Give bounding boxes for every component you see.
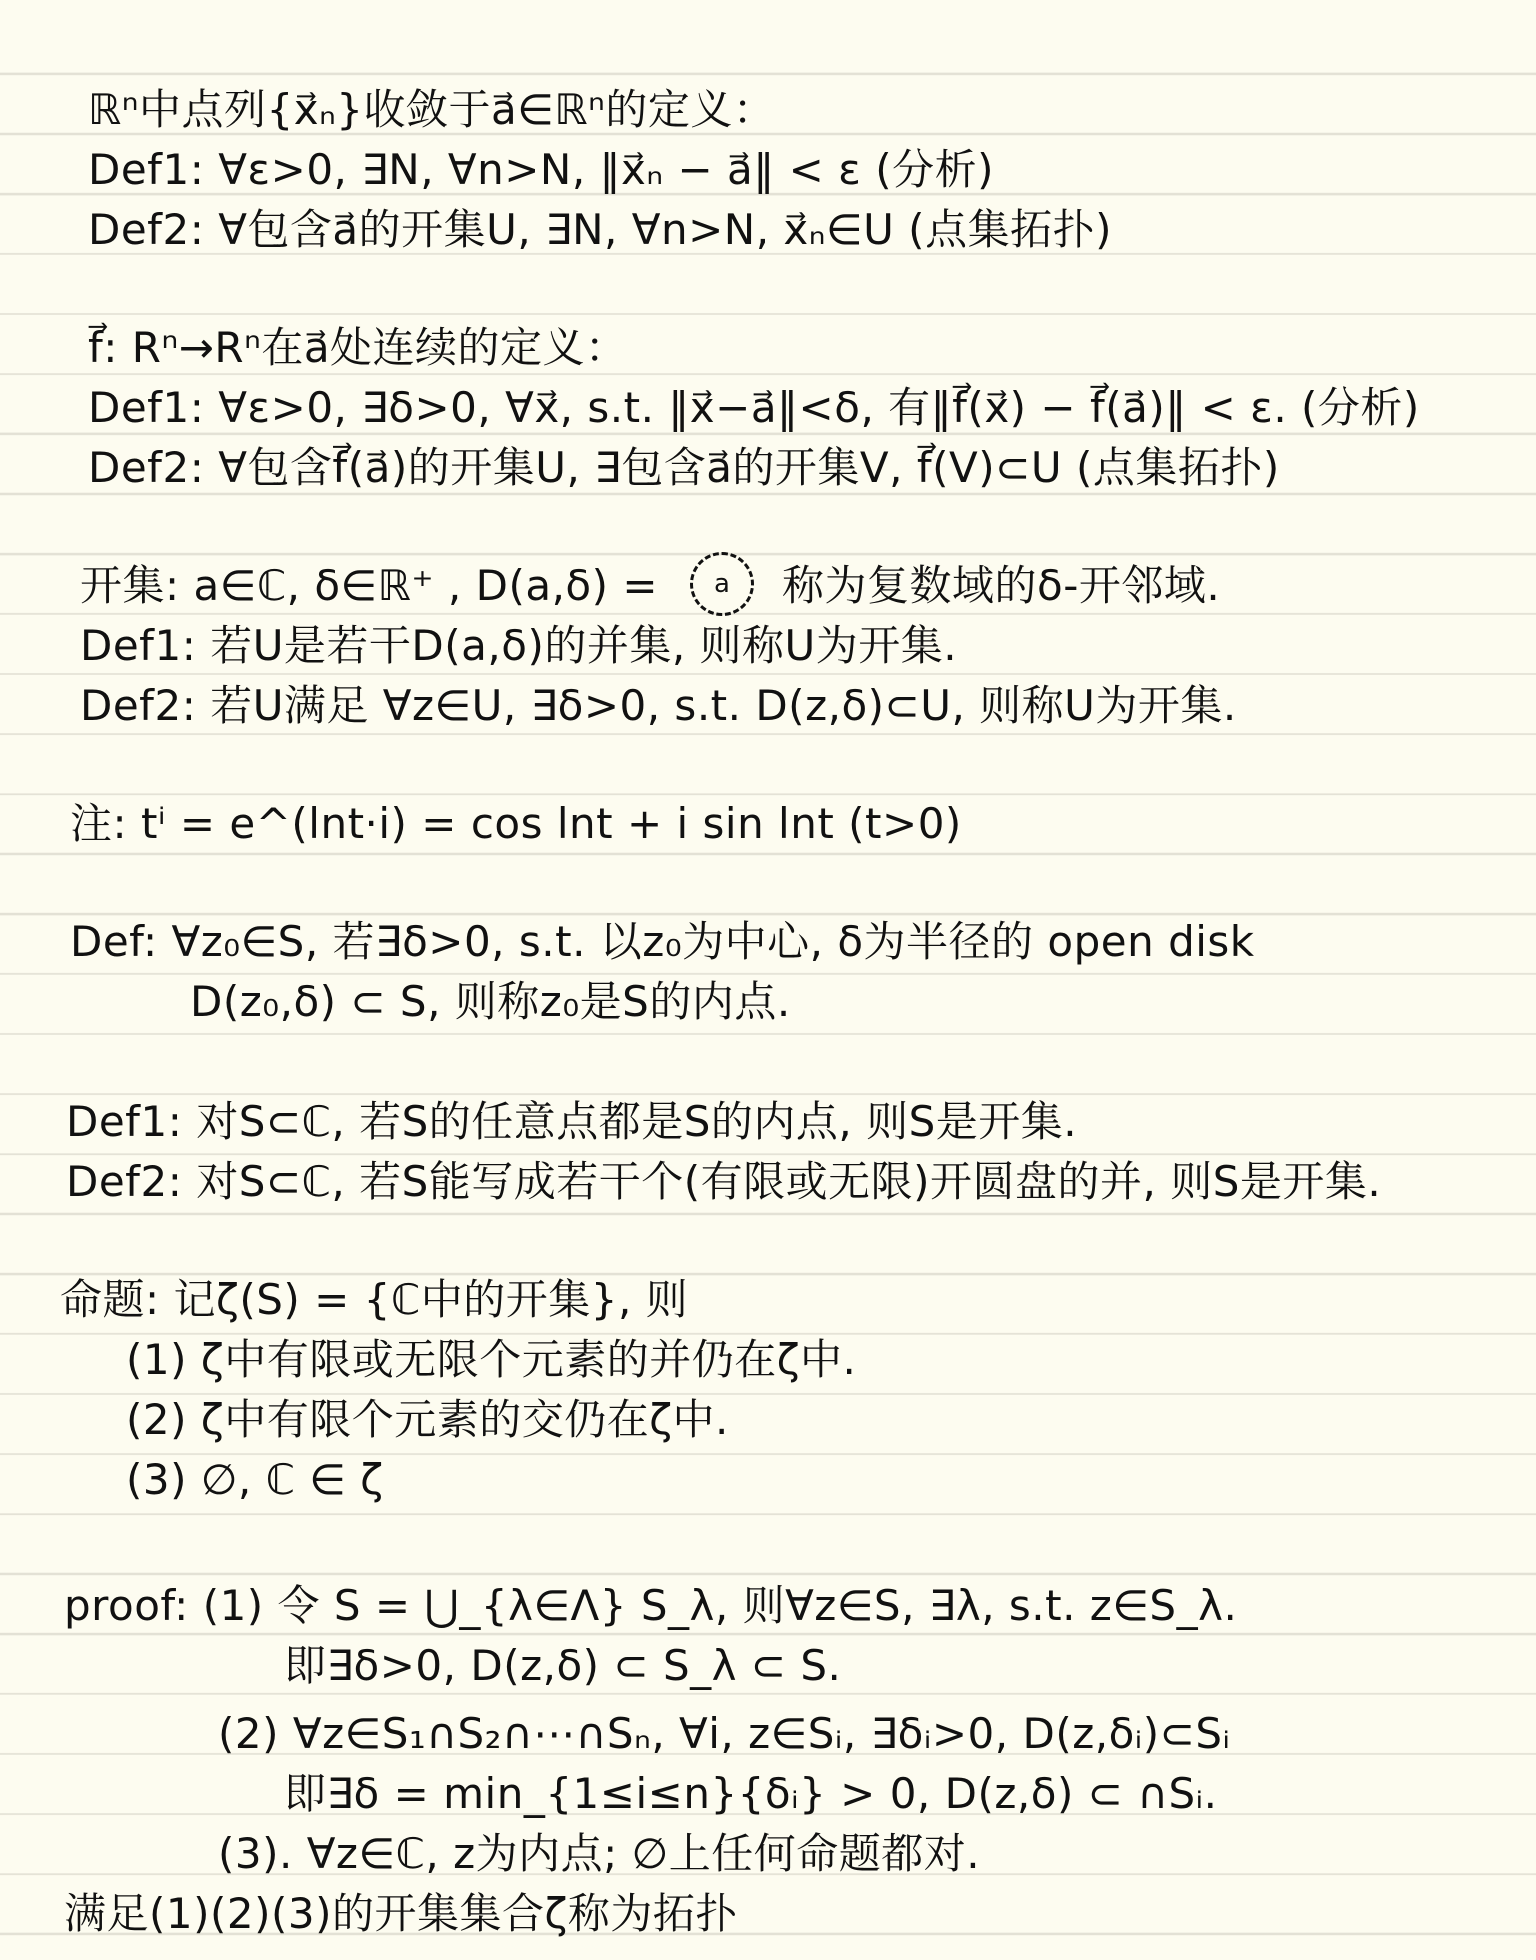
open-set-neighborhood-def: 开集: a∈ℂ, δ∈ℝ⁺ , D(a,δ) = <box>80 556 658 616</box>
proof-part2-line2: 即∃δ = min_{1≤i≤n}{δᵢ} > 0, D(z,δ) ⊂ ∩Sᵢ. <box>284 1764 1217 1824</box>
complex-open-set-def1: Def1: 对S⊂ℂ, 若S的任意点都是S的内点, 则S是开集. <box>66 1092 1077 1152</box>
sequence-convergence-title: ℝⁿ中点列{x⃗ₙ}收敛于a⃗∈ℝⁿ的定义： <box>88 80 775 140</box>
proof-part1-line2: 即∃δ>0, D(z,δ) ⊂ S_λ ⊂ S. <box>284 1636 841 1696</box>
interior-point-def-line2: D(z₀,δ) ⊂ S, 则称z₀是S的内点. <box>190 972 791 1032</box>
proposition-item-3: (3) ∅, ℂ ∈ ζ <box>126 1450 384 1510</box>
open-set-neighborhood-name: 称为复数域的δ-开邻域. <box>782 556 1220 616</box>
sequence-convergence-def1: Def1: ∀ε>0, ∃N, ∀n>N, ‖x⃗ₙ − a⃗‖ < ε (分析… <box>88 140 994 200</box>
dashed-disk-diagram: a <box>690 552 754 616</box>
disk-center-label: a <box>693 555 751 613</box>
sequence-convergence-def2: Def2: ∀包含a⃗的开集U, ∃N, ∀n>N, x⃗ₙ∈U (点集拓扑) <box>88 200 1112 260</box>
open-set-def2: Def2: 若U满足 ∀z∈U, ∃δ>0, s.t. D(z,δ)⊂U, 则称… <box>80 676 1237 736</box>
proof-part2-line1: (2) ∀z∈S₁∩S₂∩⋯∩Sₙ, ∀i, z∈Sᵢ, ∃δᵢ>0, D(z,… <box>218 1704 1231 1764</box>
continuity-title: f⃗: Rⁿ→Rⁿ在a⃗处连续的定义： <box>88 318 628 378</box>
open-set-def1: Def1: 若U是若干D(a,δ)的并集, 则称U为开集. <box>80 616 957 676</box>
continuity-def1: Def1: ∀ε>0, ∃δ>0, ∀x⃗, s.t. ‖x⃗−a⃗‖<δ, 有… <box>88 378 1420 438</box>
proposition-item-2: (2) ζ中有限个元素的交仍在ζ中. <box>126 1390 729 1450</box>
remark-complex-power: 注: tⁱ = e^(lnt·i) = cos lnt + i sin lnt … <box>70 794 962 854</box>
proof-part3: (3). ∀z∈ℂ, z为内点; ∅上任何命题都对. <box>218 1824 980 1884</box>
proposition-item-1: (1) ζ中有限或无限个元素的并仍在ζ中. <box>126 1330 856 1390</box>
topology-conclusion: 满足(1)(2)(3)的开集集合ζ称为拓扑 <box>64 1884 738 1944</box>
proof-part1-line1: proof: (1) 令 S = ⋃_{λ∈Λ} S_λ, 则∀z∈S, ∃λ,… <box>64 1576 1237 1636</box>
complex-open-set-def2: Def2: 对S⊂ℂ, 若S能写成若干个(有限或无限)开圆盘的并, 则S是开集. <box>66 1152 1381 1212</box>
proposition-statement: 命题: 记ζ(S) = {ℂ中的开集}, 则 <box>60 1270 688 1330</box>
interior-point-def-line1: Def: ∀z₀∈S, 若∃δ>0, s.t. 以z₀为中心, δ为半径的 op… <box>70 912 1255 972</box>
continuity-def2: Def2: ∀包含f⃗(a⃗)的开集U, ∃包含a⃗的开集V, f⃗(V)⊂U … <box>88 438 1280 498</box>
handwritten-note-page: ℝⁿ中点列{x⃗ₙ}收敛于a⃗∈ℝⁿ的定义： Def1: ∀ε>0, ∃N, ∀… <box>0 0 1536 1960</box>
